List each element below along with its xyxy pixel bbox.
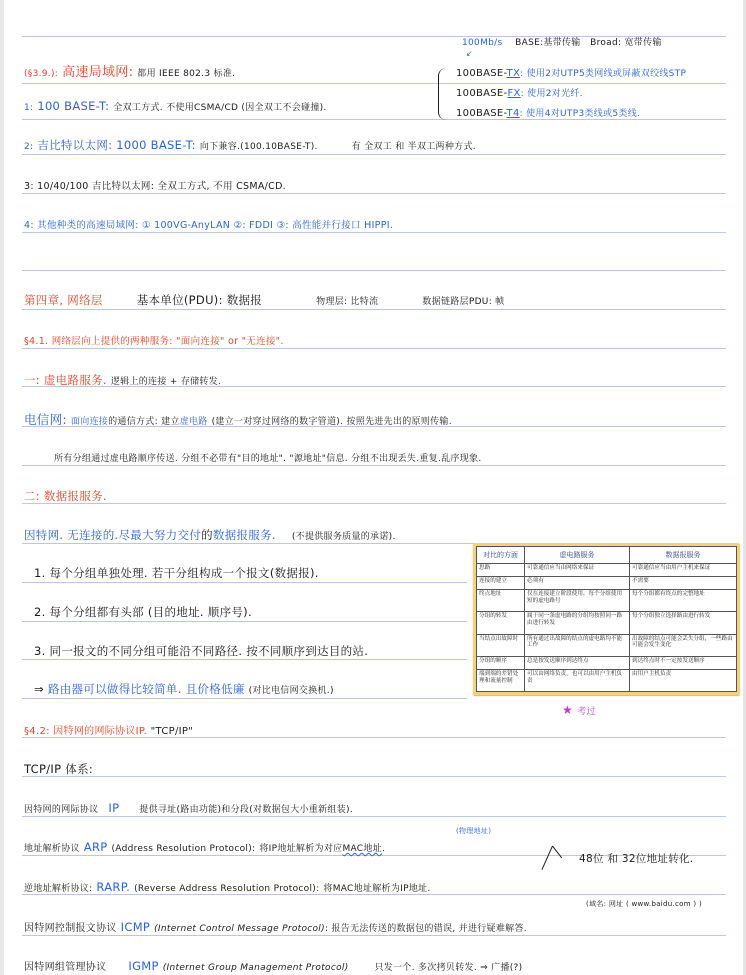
broad-note: Broad: 宽带传输: [590, 38, 662, 48]
item-other-high-speed-lan: 4: 其他种类的高速局域网: ① 100VG-AnyLAN ②: FDDI ③:…: [24, 217, 393, 231]
protocol-igmp: 因特网组管理协议 IGMP (Internet Group Management…: [24, 958, 522, 973]
ruled-line: [22, 776, 726, 777]
virtual-circuit-service: 一: 虚电路服务. 逻辑上的连接 + 存储转发.: [24, 372, 221, 388]
table-header: 虚电路服务: [525, 547, 630, 564]
table-cell: 可以由网络负责，也可以由用户主机负责: [525, 669, 630, 691]
internet-datagram-line: 因特网. 无连接的.尽最大努力交付的数据报服务. (不提供服务质量的承诺).: [24, 527, 396, 543]
table-row: 分组的转发 属于同一条虚电路的分组均按照同一路由进行转发 每个分组独立选择路由进…: [477, 612, 737, 634]
table-row: 分组的顺序 总是按发送顺序到达终点 到达终点时不一定按发送顺序: [477, 656, 737, 669]
table-cell: 出故障的结点可能会丢失分组，一些路由可能会发生变化: [630, 634, 737, 656]
table-cell: 当结点出故障时: [477, 634, 525, 656]
ruled-line: [22, 816, 726, 817]
star-icon: ★: [562, 703, 573, 717]
ruled-line: [22, 543, 482, 544]
ruled-line: [22, 270, 726, 271]
variant-fx: 100BASE-FX: 使用2对光纤.: [456, 86, 583, 99]
table-cell: 所有通过出故障的结点的虚电路均不能工作: [525, 634, 630, 656]
brace-icon: [438, 68, 448, 120]
telecom-detail: 所有分组通过虚电路顺序传送. 分组不必带有"目的地址". "源地址"信息. 分组…: [54, 451, 482, 464]
table-cell: 由用户主机负责: [630, 669, 737, 691]
physical-address-note: (物理地址): [456, 826, 491, 836]
comparison-table-frame: 对比的方面 虚电路服务 数据报服务 思路 可靠通信应当由网络来保证 可靠通信应当…: [473, 543, 740, 695]
section-4-1-heading: §4.1. 网络层向上提供的两种服务: "面向连接" or "无连接".: [24, 333, 284, 347]
exam-star-note: ★ 考过: [562, 703, 596, 717]
speed-note: 100Mb/s: [462, 38, 502, 48]
table-row: 当结点出故障时 所有通过出故障的结点的虚电路均不能工作 出故障的结点可能会丢失分…: [477, 634, 737, 656]
table-header: 数据报服务: [630, 547, 737, 564]
ruled-line: [22, 154, 726, 155]
base-note: BASE:基带传输: [515, 38, 580, 48]
table-cell: 分组的转发: [477, 612, 525, 634]
tcpip-system-heading: TCP/IP 体系:: [24, 761, 93, 777]
ruled-line: [22, 348, 726, 349]
ruled-line: [22, 894, 726, 895]
item-100base-t: 1: 100 BASE-T: 全双工方式. 不使用CSMA/CD (因全双工不会…: [24, 99, 327, 113]
section-3-9-heading: (§3.9.): 高速局域网: 都用 IEEE 802.3 标准.: [24, 61, 235, 80]
table-cell: 到达终点时不一定按发送顺序: [630, 656, 737, 669]
datagram-point-2: 2. 每个分组都有头部 (目的地址. 顺序号).: [34, 604, 252, 620]
item-gigabit-ethernet: 2: 吉比特以太网: 1000 BASE-T: 向下兼容.(100.10BASE…: [24, 137, 476, 153]
ruled-line: [22, 119, 726, 120]
table-cell: 不需要: [630, 577, 737, 590]
protocol-arp: 地址解析协议 ARP (Address Resolution Protocol)…: [24, 840, 385, 854]
datagram-point-1: 1. 每个分组单独处理. 若干分组构成一个报文(数据报).: [34, 565, 319, 581]
table-header-row: 对比的方面 虚电路服务 数据报服务: [477, 547, 737, 564]
arrow-down-icon: ↙: [466, 49, 473, 58]
bracket-arrow-icon: [552, 846, 562, 859]
ruled-line: [22, 582, 467, 583]
table-cell: 必须有: [525, 577, 630, 590]
table-cell: 连接的建立: [477, 577, 525, 590]
datagram-conclusion: ⇒ 路由器可以做得比较简单. 且价格低廉 (对比电信网交换机.): [34, 681, 334, 697]
datagram-point-3: 3. 同一报文的不同分组可能沿不同路径. 按不同顺序到达目的站.: [34, 643, 368, 659]
table-cell: 属于同一条虚电路的分组均按照同一路由进行转发: [525, 612, 630, 634]
table-cell: 可靠通信应当由网络来保证: [525, 564, 630, 577]
ruled-line: [22, 737, 726, 738]
table-cell: 每个分组独立选择路由进行转发: [630, 612, 737, 634]
base-broad-annotation: 100Mb/s BASE:基带传输 Broad: 宽带传输: [462, 35, 662, 48]
ruled-line: [22, 621, 467, 622]
table-cell: 端到端的差错处理和流量控制: [477, 669, 525, 691]
item-10-40-100-gigabit: 3: 10/40/100 吉比特以太网: 全双工方式, 不用 CSMA/CD.: [24, 178, 286, 192]
table-header: 对比的方面: [477, 547, 525, 564]
telecom-network-line: 电信网: 面向连接的通信方式: 建立虚电路 (建立一对穿过网络的数字管道). 按…: [24, 410, 452, 428]
table-cell: 可靠通信应当由用户主机来保证: [630, 564, 737, 577]
table-cell: 仅在连接建立阶段使用，每个分组使用短的虚电路号: [525, 590, 630, 612]
variant-t4: 100BASE-T4: 使用4对UTP3类线或5类线.: [456, 106, 640, 119]
address-conversion-note: 48位 和 32位地址转化.: [579, 851, 693, 866]
implies-arrow-icon: ⇒: [34, 682, 44, 696]
domain-name-note: (域名: 网址 ( www.baidu.com ) ): [586, 899, 702, 909]
protocol-rarp: 逆地址解析协议: RARP. (Reverse Address Resoluti…: [24, 880, 431, 894]
ruled-line: [22, 83, 726, 84]
table-row: 终点地址 仅在连接建立阶段使用，每个分组使用短的虚电路号 每个分组都有终点的完整…: [477, 590, 737, 612]
table-row: 端到端的差错处理和流量控制 可以由网络负责，也可以由用户主机负责 由用户主机负责: [477, 669, 737, 691]
ruled-line: [22, 935, 726, 936]
protocol-ip: 因特网的网际协议 IP 提供寻址(路由功能)和分段(对数据包大小重新组装).: [24, 801, 353, 815]
notebook-page: 100Mb/s BASE:基带传输 Broad: 宽带传输 ↙ (§3.9.):…: [4, 0, 743, 975]
table-cell: 终点地址: [477, 590, 525, 612]
table-cell: 思路: [477, 564, 525, 577]
protocol-icmp: 因特网控制报文协议 ICMP (Internet Control Message…: [24, 919, 527, 934]
ruled-line: [22, 193, 726, 194]
chapter-4-heading: 第四章, 网络层 基本单位(PDU): 数据报 物理层: 比特流 数据链路层PD…: [24, 292, 504, 308]
table-cell: 总是按发送顺序到达终点: [525, 656, 630, 669]
comparison-table: 对比的方面 虚电路服务 数据报服务 思路 可靠通信应当由网络来保证 可靠通信应当…: [476, 546, 737, 692]
datagram-service-heading: 二: 数据报服务.: [24, 488, 107, 504]
table-row: 连接的建立 必须有 不需要: [477, 577, 737, 590]
table-row: 思路 可靠通信应当由网络来保证 可靠通信应当由用户主机来保证: [477, 564, 737, 577]
section-4-2-heading: §4.2: 因特网的网际协议IP. "TCP/IP": [24, 722, 193, 737]
ruled-line: [22, 232, 726, 233]
bracket-arrow-icon: [541, 846, 553, 870]
ruled-line: [22, 698, 467, 699]
ruled-line: [22, 309, 726, 310]
ruled-line: [22, 465, 726, 466]
ruled-line: [22, 659, 467, 660]
table-cell: 分组的顺序: [477, 656, 525, 669]
table-cell: 每个分组都有终点的完整地址: [630, 590, 737, 612]
variant-tx: 100BASE-TX: 使用2对UTP5类网线或屏蔽双绞线STP: [456, 66, 686, 79]
ruled-line: [22, 503, 726, 504]
